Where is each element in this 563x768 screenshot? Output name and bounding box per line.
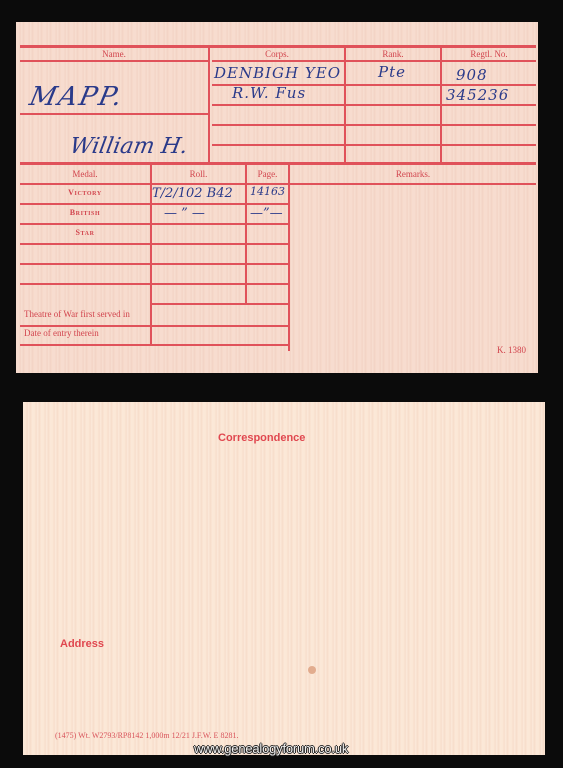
correspondence-label: Correspondence [218,432,305,444]
date-entry-label: Date of entry therein [24,328,99,338]
theatre-label: Theatre of War first served in [24,309,130,319]
roll-british-entry: — ” — [164,206,205,221]
rule-medal-5 [20,283,288,285]
rule-date-entry [20,344,288,346]
rule-theatre [20,325,288,327]
rule-row4 [212,144,536,146]
header-name: Name. [20,49,208,59]
surname-entry: MAPP. [27,82,127,112]
medal-index-card-back: Correspondence Address (1475) Wt. W2793/… [23,402,545,755]
header-corps: Corps. [210,49,344,59]
corps-entry-2: R.W. Fus [232,84,306,102]
rule-top [20,45,536,48]
vrule-roll [245,163,247,303]
given-name-entry: William H. [68,134,190,159]
rule-mid [20,162,536,165]
roll-victory-entry: T/2/102 B42 [152,186,233,201]
rank-entry: Pte [378,63,406,81]
paper-stain [308,666,316,674]
medal-index-card-front: Name. Corps. Rank. Regtl. No. MAPP. Will… [16,22,538,373]
header-roll: Roll. [152,169,245,179]
page-british-entry: —”— [250,206,283,221]
header-regtl-no: Regtl. No. [442,49,536,59]
form-code: K. 1380 [497,345,526,355]
regtl-no-entry-1: 908 [456,66,488,84]
vrule-name [208,47,210,163]
corps-entry-1: DENBIGH YEO [214,64,341,82]
vrule-corps [344,47,346,163]
medal-victory-label: Victory [20,188,150,198]
medal-star-label: Star [20,228,150,238]
rule-name-mid [20,113,208,115]
rule-medal-4 [20,263,288,265]
vrule-page [288,163,290,351]
regtl-no-entry-2: 345236 [446,86,509,104]
rule-row3 [212,124,536,126]
header-remarks: Remarks. [290,169,536,179]
site-watermark: www.genealogyforum.co.uk [194,741,348,756]
header-medal: Medal. [20,169,150,179]
page-victory-entry: 14163 [250,185,285,198]
rule-medal-6 [150,303,288,305]
header-rank: Rank. [346,49,440,59]
vrule-rank [440,47,442,163]
address-label: Address [60,638,104,650]
rule-header-right [212,60,536,62]
printer-imprint: (1475) Wt. W2793/RP8142 1,000m 12/21 J.F… [55,731,238,740]
medal-british-label: British [20,208,150,218]
rule-medal-2 [20,223,288,225]
header-page: Page. [247,169,288,179]
rule-medal-1 [20,203,288,205]
rule-row2 [212,104,536,106]
rule-medal-3 [20,243,288,245]
rule-name-header [20,60,208,62]
